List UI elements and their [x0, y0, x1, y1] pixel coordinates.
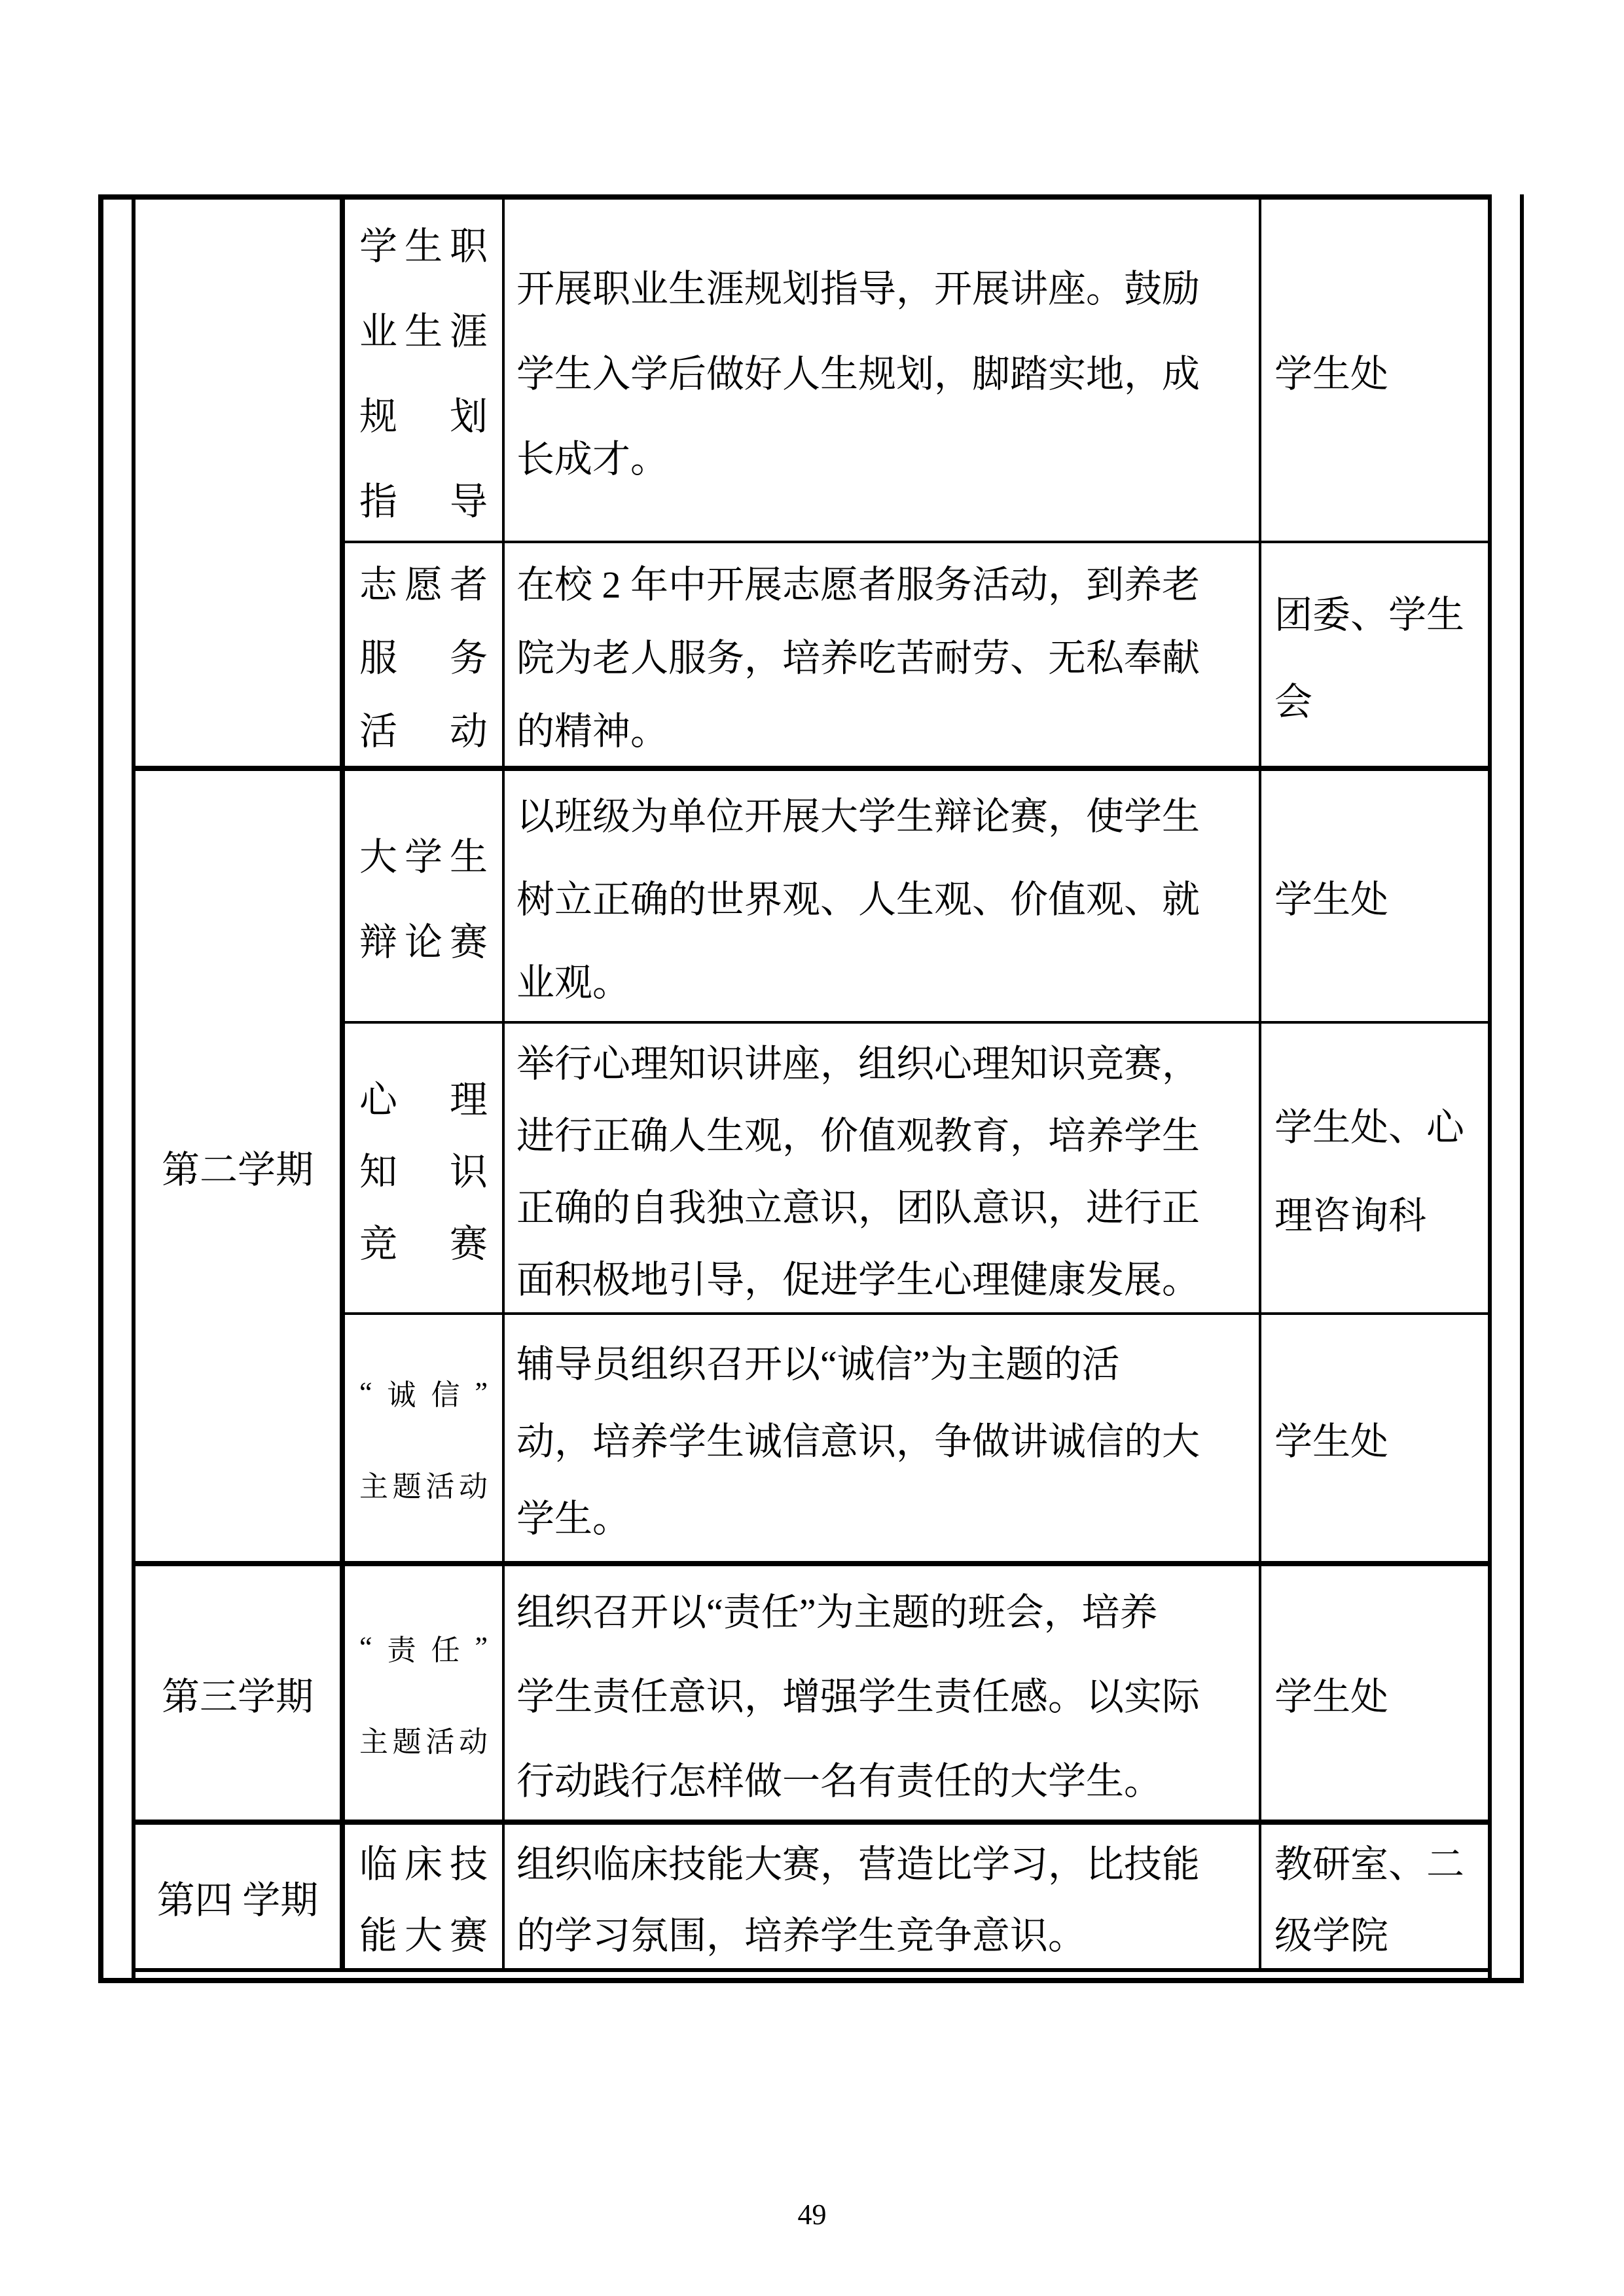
description-cell-volunteer-service: 在校 2 年中开展志愿者服务活动，到养老院为老人服务，培养吃苦耐劳、无私奉献的精… [505, 541, 1261, 766]
activity-cell-volunteer-service: 志愿者服务活动 [345, 541, 505, 766]
description-cell-psychology-contest: 举行心理知识讲座，组织心理知识竞赛，进行正确人生观，价值观教育，培养学生正确的自… [505, 1021, 1261, 1312]
right-gutter-cell [1488, 194, 1524, 1978]
department-cell-clinical-skills: 教研室、二级学院 [1261, 1820, 1488, 1972]
department-cell-psychology-contest: 学生处、心理咨询科 [1261, 1021, 1488, 1312]
description-cell-integrity-theme: 辅导员组织召开以“诚信”为主题的活动，培养学生诚信意识，争做讲诚信的大学生。 [505, 1312, 1261, 1561]
activity-cell-responsibility-theme: “责任”主题活动 [345, 1561, 505, 1820]
department-cell-responsibility-theme: 学生处 [1261, 1561, 1488, 1820]
bottom-filler-strip [135, 1972, 1488, 1978]
activity-cell-psychology-contest: 心理知识竞赛 [345, 1021, 505, 1312]
activity-cell-debate-competition: 大学生辩论赛 [345, 766, 505, 1021]
semester-cell-third: 第三学期 [135, 1561, 345, 1820]
semester-cell-fourth: 第四 学期 [135, 1820, 345, 1972]
department-cell-volunteer-service: 团委、学生会 [1261, 541, 1488, 766]
description-cell-career-planning: 开展职业生涯规划指导，开展讲座。鼓励学生入学后做好人生规划，脚踏实地，成长成才。 [505, 194, 1261, 541]
department-cell-debate-competition: 学生处 [1261, 766, 1488, 1021]
schedule-table: 第二学期 第三学期 第四 学期 学生职业生涯规划指导 开展职业生涯规划指导，开展… [98, 194, 1524, 1983]
department-cell-career-planning: 学生处 [1261, 194, 1488, 541]
semester-cell-blank [135, 194, 345, 766]
description-cell-clinical-skills: 组织临床技能大赛，营造比学习，比技能的学习氛围，培养学生竞争意识。 [505, 1820, 1261, 1972]
activity-cell-clinical-skills: 临床技能大赛 [345, 1820, 505, 1972]
left-gutter-cell [98, 194, 135, 1978]
semester-cell-second: 第二学期 [135, 766, 345, 1561]
document-page: 第二学期 第三学期 第四 学期 学生职业生涯规划指导 开展职业生涯规划指导，开展… [0, 0, 1624, 2296]
activity-cell-career-planning: 学生职业生涯规划指导 [345, 194, 505, 541]
department-cell-integrity-theme: 学生处 [1261, 1312, 1488, 1561]
activity-cell-integrity-theme: “诚信”主题活动 [345, 1312, 505, 1561]
description-cell-debate-competition: 以班级为单位开展大学生辩论赛，使学生树立正确的世界观、人生观、价值观、就业观。 [505, 766, 1261, 1021]
description-cell-responsibility-theme: 组织召开以“责任”为主题的班会，培养学生责任意识，增强学生责任感。以实际行动践行… [505, 1561, 1261, 1820]
page-number: 49 [0, 2198, 1624, 2231]
